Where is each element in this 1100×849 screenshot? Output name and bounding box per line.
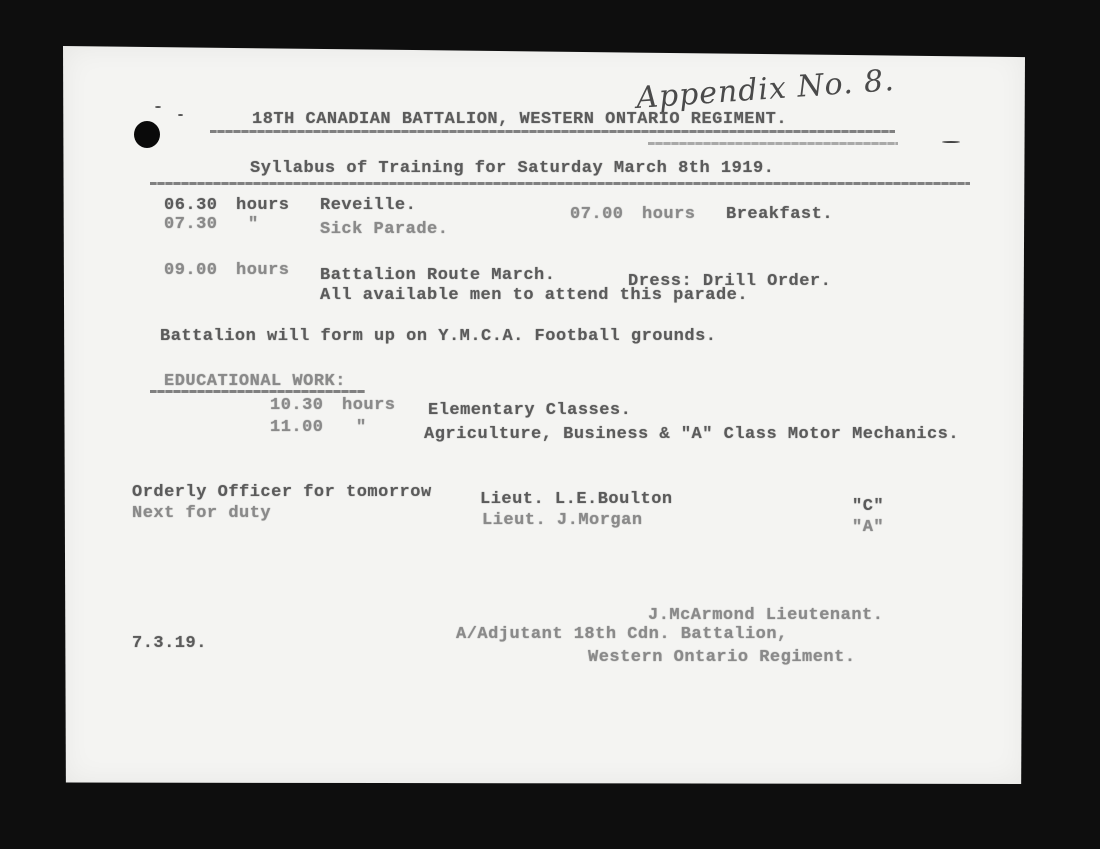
- schedule-unit-1: ": [248, 215, 259, 234]
- schedule-time-2: 07.00: [570, 205, 624, 224]
- schedule-unit-3: hours: [236, 261, 290, 280]
- duty-company-1: "A": [852, 518, 884, 537]
- schedule-unit-2: hours: [642, 205, 696, 224]
- edu-time-0: 10.30: [270, 396, 324, 415]
- schedule-note2-3: All available men to attend this parade.: [320, 286, 748, 305]
- formation-note: Battalion will form up on Y.M.C.A. Footb…: [160, 327, 717, 346]
- edu-unit-1: ": [356, 418, 367, 437]
- duty-officer-1: Lieut. J.Morgan: [482, 511, 643, 530]
- signature-title: A/Adjutant 18th Cdn. Battalion,: [456, 625, 788, 644]
- document-subtitle: Syllabus of Training for Saturday March …: [250, 159, 774, 178]
- title-underline-2: [648, 142, 898, 145]
- schedule-activity-0: Reveille.: [320, 196, 416, 215]
- edu-unit-0: hours: [342, 396, 396, 415]
- document-date: 7.3.19.: [132, 634, 207, 653]
- signature-name: J.McArmond Lieutenant.: [648, 606, 883, 625]
- punch-hole: [134, 121, 160, 148]
- scan-frame: Appendix No. 8. 18TH CANADIAN BATTALION,…: [0, 0, 1100, 849]
- edu-time-1: 11.00: [270, 418, 324, 437]
- schedule-activity-2: Breakfast.: [726, 205, 833, 224]
- schedule-time-1: 07.30: [164, 215, 218, 234]
- signature-regiment: Western Ontario Regiment.: [588, 648, 856, 667]
- educational-underline: [150, 390, 365, 393]
- schedule-unit-0: hours: [236, 196, 290, 215]
- ink-speck: [178, 114, 183, 116]
- edu-activity-0: Elementary Classes.: [428, 401, 631, 420]
- duty-label-0: Orderly Officer for tomorrow: [132, 483, 432, 502]
- ink-mark: [942, 141, 960, 143]
- ink-speck: [155, 106, 161, 108]
- schedule-activity-3: Battalion Route March.: [320, 266, 555, 285]
- schedule-time-0: 06.30: [164, 196, 218, 215]
- schedule-time-3: 09.00: [164, 261, 218, 280]
- schedule-activity-1: Sick Parade.: [320, 220, 448, 239]
- duty-officer-0: Lieut. L.E.Boulton: [480, 490, 673, 509]
- duty-company-0: "C": [852, 497, 884, 516]
- document-title: 18TH CANADIAN BATTALION, WESTERN ONTARIO…: [252, 110, 787, 129]
- edu-activity-1: Agriculture, Business & "A" Class Motor …: [424, 425, 959, 444]
- educational-heading: EDUCATIONAL WORK:: [164, 372, 346, 391]
- subtitle-underline: [150, 182, 970, 185]
- duty-label-1: Next for duty: [132, 504, 271, 523]
- title-underline: [210, 130, 895, 133]
